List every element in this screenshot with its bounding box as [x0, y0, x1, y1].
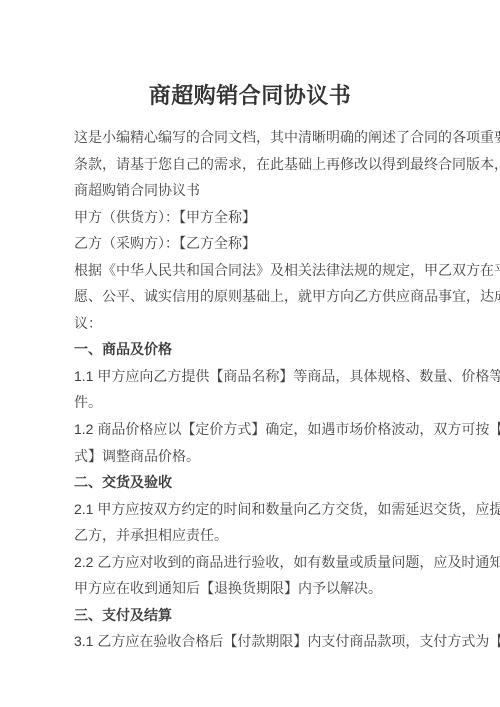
text-line: 1.2 商品价格应以【定价方式】确定，如遇市场价格波动，双方可按【调价方	[74, 416, 474, 443]
section-heading: 三、支付及结算	[74, 602, 474, 629]
text-line: 3.1 乙方应在验收合格后【付款期限】内支付商品款项，支付方式为【支付方	[74, 628, 474, 655]
text-line: 2.2 乙方应对收到的商品进行验收，如有数量或质量问题，应及时通知甲方，	[74, 549, 474, 576]
text-line: 乙方，并承担相应责任。	[74, 522, 474, 549]
text-line: 议：	[74, 310, 474, 337]
text-line: 根据《中华人民共和国合同法》及相关法律法规的规定，甲乙双方在平等、自	[74, 257, 474, 284]
text-line: 甲方应在收到通知后【退换货期限】内予以解决。	[74, 575, 474, 602]
section-heading: 一、商品及价格	[74, 336, 474, 363]
text-line: 乙方（采购方）：【乙方全称】	[74, 230, 474, 257]
text-line: 这是小编精心编写的合同文档，其中清晰明确的阐述了合同的各项重要内容与	[74, 124, 474, 151]
text-line: 件。	[74, 389, 474, 416]
contract-body: 这是小编精心编写的合同文档，其中清晰明确的阐述了合同的各项重要内容与 条款，请基…	[74, 124, 474, 655]
text-line: 条款，请基于您自己的需求，在此基础上再修改以得到最终合同版本，谢谢！	[74, 151, 474, 178]
text-line: 2.1 甲方应按双方约定的时间和数量向乙方交货，如需延迟交货，应提前通知	[74, 496, 474, 523]
text-line: 商超购销合同协议书	[74, 177, 474, 204]
text-line: 式】调整商品价格。	[74, 443, 474, 470]
text-line: 愿、公平、诚实信用的原则基础上，就甲方向乙方供应商品事宜，达成如下协	[74, 283, 474, 310]
text-line: 1.1 甲方应向乙方提供【商品名称】等商品，具体规格、数量、价格等详见附	[74, 363, 474, 390]
text-line: 甲方（供货方）：【甲方全称】	[74, 204, 474, 231]
document-title: 商超购销合同协议书	[0, 82, 500, 109]
section-heading: 二、交货及验收	[74, 469, 474, 496]
document-page: 商超购销合同协议书 这是小编精心编写的合同文档，其中清晰明确的阐述了合同的各项重…	[0, 0, 500, 707]
